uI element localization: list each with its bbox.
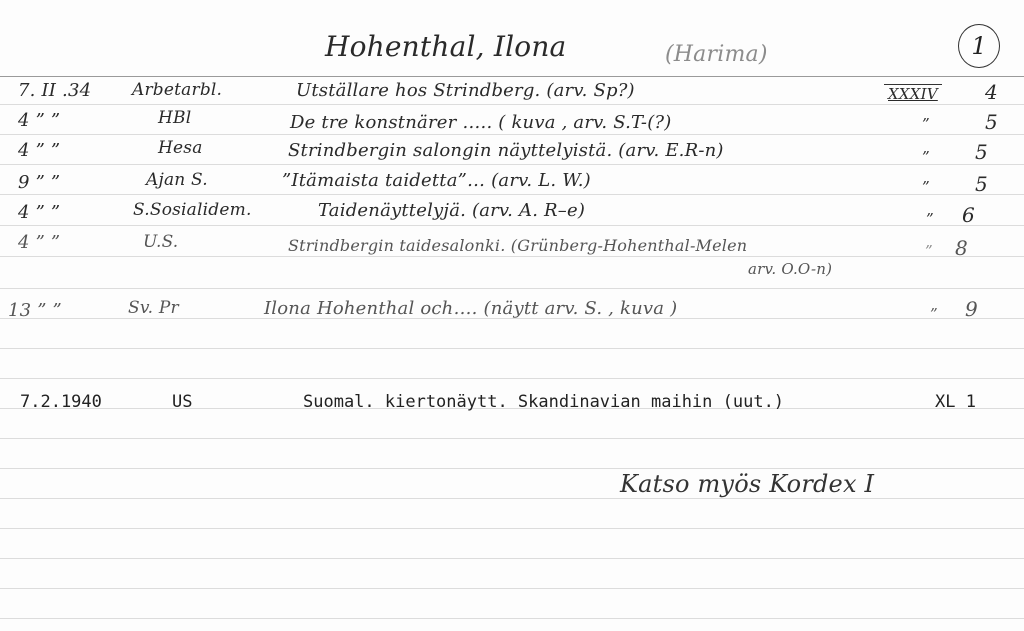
- entry-volume: ”: [925, 242, 933, 260]
- entry-title: Strindbergin taidesalonki. (Grünberg-Hoh…: [288, 236, 747, 255]
- entry-date: 13 ” ”: [8, 300, 62, 321]
- entry-source: Arbetarbl.: [132, 80, 222, 100]
- entry-source: U.S.: [143, 232, 178, 252]
- entry-page: 4: [985, 80, 998, 104]
- entry-volume: ”: [922, 148, 930, 166]
- ruled-line: [0, 104, 1024, 105]
- ruled-line: [0, 468, 1024, 469]
- ruled-line: [0, 528, 1024, 529]
- ruled-line: [0, 438, 1024, 439]
- ruled-line: [0, 498, 1024, 499]
- entry-volume: ”: [926, 210, 934, 228]
- typed-entry-volume-page: XL 1: [935, 392, 976, 412]
- ruled-line: [0, 288, 1024, 289]
- index-card: Hohenthal, Ilona Harima 1 7. II .34 Arbe…: [0, 0, 1024, 631]
- entry-title: Taidenäyttelyjä. (arv. A. R–e): [318, 200, 585, 221]
- ruled-line: [0, 194, 1024, 195]
- header-rule: [0, 76, 1024, 77]
- entry-date: 4 ” ”: [18, 140, 60, 161]
- entry-date: 4 ” ”: [18, 110, 60, 131]
- ruled-line: [0, 164, 1024, 165]
- entry-date: 9 ” ”: [18, 172, 60, 193]
- entry-volume: ”: [922, 115, 930, 133]
- entry-title: ”Itämaista taidetta”… (arv. L. W.): [282, 170, 591, 191]
- entry-source: Hesa: [158, 138, 203, 158]
- entry-page: 8: [955, 236, 968, 260]
- entry-date: 4 ” ”: [18, 202, 60, 223]
- typed-entry-source: US: [172, 392, 192, 412]
- entry-title: Utställare hos Strindberg. (arv. Sp?): [296, 80, 635, 101]
- entry-source: Sv. Pr: [128, 298, 179, 318]
- entry-title-line2: arv. O.O-n): [748, 260, 832, 278]
- ruled-line: [0, 134, 1024, 135]
- typed-entry-date: 7.2.1940: [20, 392, 102, 412]
- entry-title: Strindbergin salongin näyttelyistä. (arv…: [288, 140, 724, 161]
- entry-source: HBl: [158, 108, 191, 128]
- ruled-line: [0, 256, 1024, 257]
- entry-page: 6: [962, 203, 975, 227]
- entry-volume: ”: [922, 178, 930, 196]
- card-number-badge: 1: [958, 24, 1000, 68]
- entry-source: S.Sosialidem.: [133, 200, 252, 220]
- entry-date: 4 ” ”: [18, 232, 60, 253]
- entry-page: 5: [985, 110, 998, 134]
- ruled-line: [0, 588, 1024, 589]
- typed-entry-title: Suomal. kiertonäytt. Skandinavian maihin…: [303, 392, 784, 412]
- entry-page: 9: [965, 297, 978, 321]
- ruled-line: [0, 225, 1024, 226]
- entry-page: 5: [975, 140, 988, 164]
- entry-volume: ”: [930, 305, 938, 323]
- entry-title: De tre konstnärer ….. ( kuva , arv. S.T-…: [290, 112, 672, 133]
- ruled-line: [0, 618, 1024, 619]
- entry-date: 7. II .34: [18, 80, 91, 101]
- entry-title: Ilona Hohenthal och…. (näytt arv. S. , k…: [264, 298, 677, 319]
- ruled-line: [0, 378, 1024, 379]
- entry-page: 5: [975, 172, 988, 196]
- card-title-name: Hohenthal, Ilona: [325, 30, 566, 63]
- cross-reference-note: Katso myös Kordex I: [620, 470, 874, 498]
- entry-source: Ajan S.: [146, 170, 208, 190]
- entry-volume: XXXIV: [884, 84, 942, 103]
- ruled-line: [0, 348, 1024, 349]
- pseudonym: Harima: [665, 42, 768, 67]
- ruled-line: [0, 558, 1024, 559]
